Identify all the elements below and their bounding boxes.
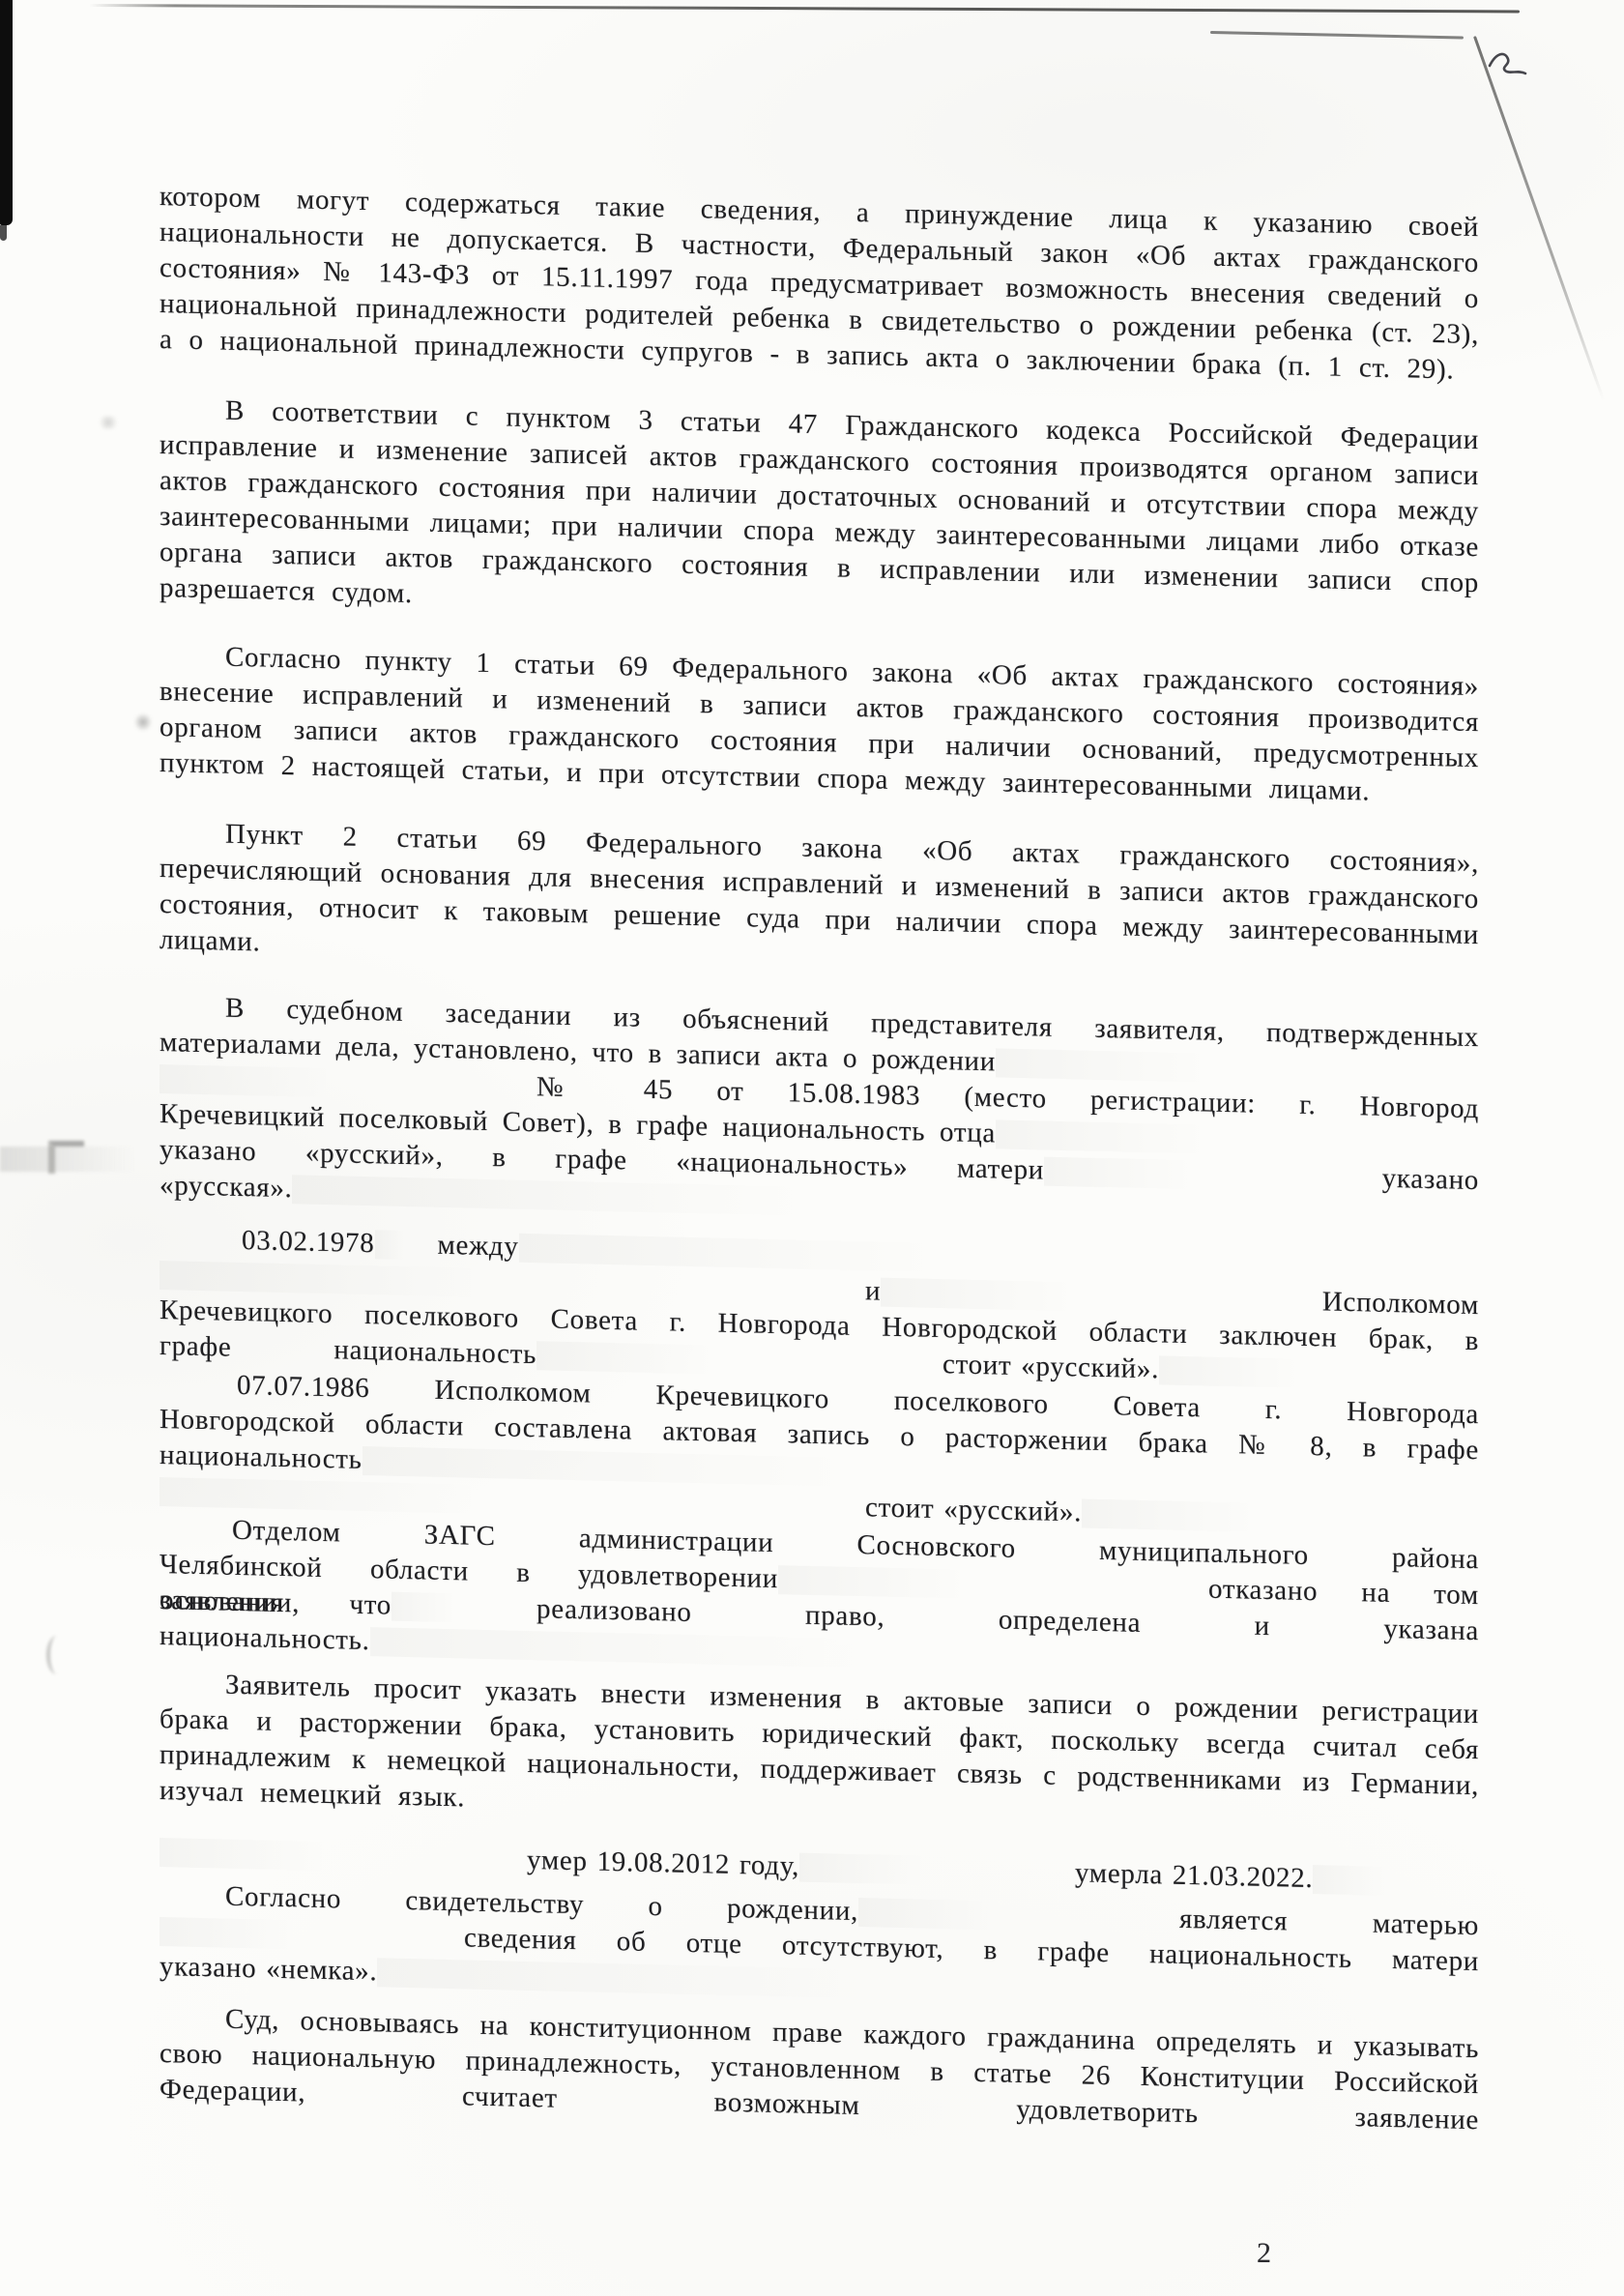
redacted-gap xyxy=(1044,1156,1382,1193)
para-7-divorce-record: 07.07.1986 Исполкомом Кречевицкого посел… xyxy=(159,1366,1479,1540)
text-segment: стоит «русский». xyxy=(942,1347,1159,1387)
scan-smudge xyxy=(0,1147,135,1172)
para-3-law-art69-p1: Согласно пункту 1 статьи 69 Федерального… xyxy=(159,638,1479,812)
text-segment: стоит «русский». xyxy=(865,1490,1082,1530)
para-1-nationality-law: котором могут содержаться такие сведения… xyxy=(159,179,1479,389)
text-segment: 03.02.1978 xyxy=(242,1223,375,1262)
scan-edge-black-strip xyxy=(0,0,13,225)
para-8-zags-refusal: Отделом ЗАГС администрации Сосновского м… xyxy=(159,1511,1479,1685)
para-2-civil-code-art47: В соответствии с пунктом 3 статьи 47 Гра… xyxy=(159,392,1479,637)
page-number: 2 xyxy=(1257,2235,1271,2271)
redacted-gap xyxy=(159,1917,464,1953)
text-segment: национальность. xyxy=(159,1618,370,1659)
redacted-gap xyxy=(1313,1865,1479,1898)
para-5-birth-record: В судебном заседании из объяснений предс… xyxy=(159,989,1479,1235)
pen-mark-artifact xyxy=(1487,48,1529,79)
para-6-marriage-record: 03.02.1978 между и Исполкомом Кречевицко… xyxy=(159,1221,1479,1395)
scan-smudge xyxy=(133,713,153,731)
redacted-gap xyxy=(799,1852,1075,1888)
redacted-gap xyxy=(375,1230,438,1261)
redacted-gap xyxy=(1082,1498,1479,1537)
redacted-gap xyxy=(159,1064,536,1102)
para-9-applicant-request: Заявитель просит указать внести изменени… xyxy=(159,1666,1479,1840)
text-segment: между xyxy=(438,1228,519,1265)
text-segment: умерла 21.03.2022. xyxy=(1075,1855,1313,1897)
redacted-gap xyxy=(1159,1355,1479,1392)
document-text: котором могут содержаться такие сведения… xyxy=(159,179,1479,2138)
redacted-gap xyxy=(858,1898,1179,1934)
text-segment: умер 19.08.2012 году, xyxy=(527,1843,799,1885)
para-4-law-art69-p2: Пункт 2 статьи 69 Федерального закона «О… xyxy=(159,815,1479,989)
redacted-gap xyxy=(159,1838,527,1875)
text-segment: основании, что xyxy=(159,1583,391,1624)
text-segment: указано xyxy=(1382,1161,1479,1199)
text-segment: графе национальность xyxy=(159,1328,536,1373)
scan-smudge xyxy=(97,416,120,429)
scan-page-top-edge-line-2 xyxy=(1210,31,1464,39)
text-segment: Исполкомом xyxy=(1322,1284,1479,1323)
text-segment: национальность xyxy=(159,1438,362,1478)
text-segment: указано «немка». xyxy=(159,1949,377,1990)
para-11-birth-certificate: Согласно свидетельству о рождении, являе… xyxy=(159,1877,1479,2016)
text-segment: «русская». xyxy=(159,1168,292,1206)
redacted-gap xyxy=(536,1341,942,1380)
page-corner-fold-line xyxy=(1473,36,1605,401)
redacted-gap xyxy=(391,1591,536,1624)
scan-smudge xyxy=(46,1636,68,1674)
para-12-court-conclusion: Суд, основываясь на конституционном прав… xyxy=(159,2000,1479,2138)
text-segment: и xyxy=(865,1273,881,1309)
scan-page-top-edge-line xyxy=(89,4,1520,13)
